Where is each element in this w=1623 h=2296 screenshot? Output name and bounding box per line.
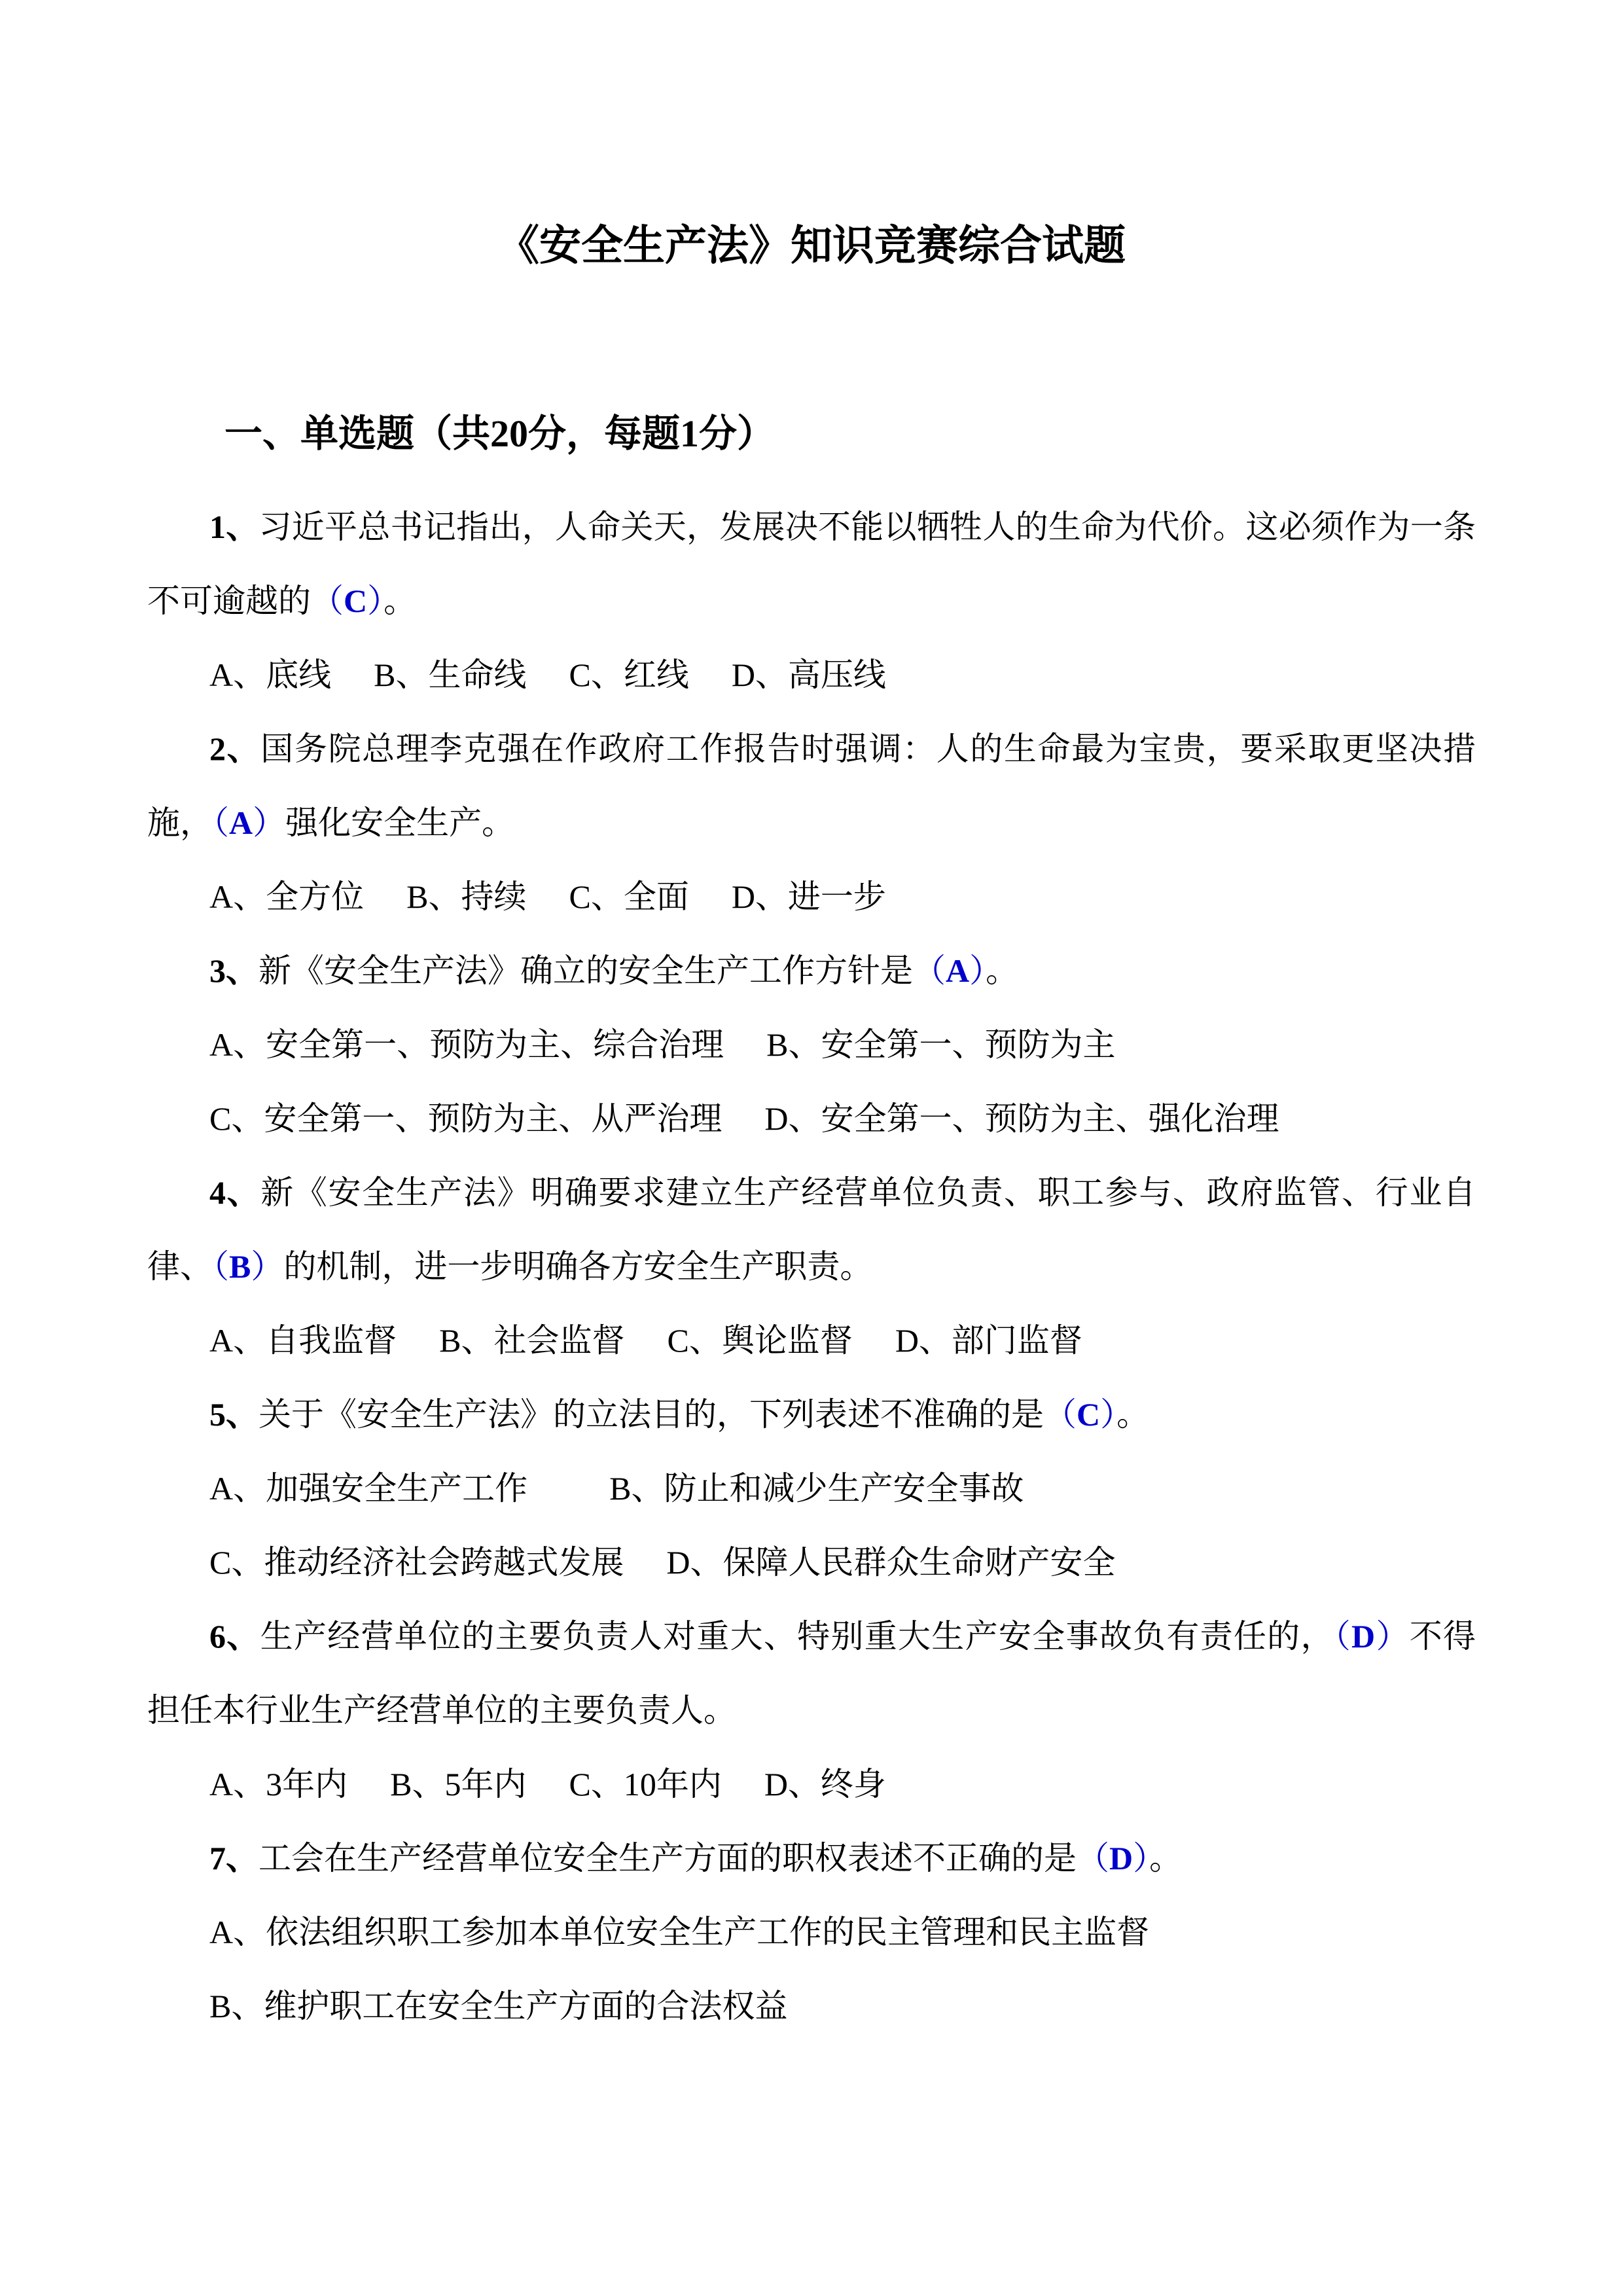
question-1-text: 1、习近平总书记指出，人命关天，发展决不能以牺牲人的生命为代价。这必须作为一条不… (147, 490, 1476, 638)
question-1-post: 。 (383, 583, 416, 619)
option-item: C、10年内 (569, 1766, 721, 1803)
option-item: B、安全第一、预防为主 (766, 1026, 1115, 1063)
option-item: D、终身 (764, 1766, 886, 1803)
answer-letter-5: C (1077, 1396, 1100, 1433)
question-2-number: 2、 (209, 730, 260, 767)
answer-blank-3: （A） (913, 952, 986, 989)
question-5-options-line-1: A、加强安全生产工作B、防止和减少生产安全事故 (147, 1452, 1476, 1526)
question-7-pre: 工会在生产经营单位安全生产方面的职权表述不正确的是 (259, 1840, 1077, 1876)
option-item: A、加强安全生产工作 (209, 1470, 527, 1507)
option-item: A、依法组织职工参加本单位安全生产工作的民主管理和民主监督 (209, 1914, 1149, 1950)
option-item: A、自我监督 (209, 1322, 397, 1359)
paren-open: （ (213, 804, 229, 841)
option-item: B、生命线 (374, 656, 526, 693)
option-item: D、部门监督 (895, 1322, 1082, 1359)
option-item: A、底线 (209, 656, 331, 693)
answer-letter-2: A (229, 804, 253, 841)
question-5-number: 5、 (209, 1396, 259, 1433)
question-2-options: A、全方位B、持续C、全面D、进一步 (147, 860, 1476, 934)
option-item: C、舆论监督 (667, 1322, 852, 1359)
question-7-options-line-1: A、依法组织职工参加本单位安全生产工作的民主管理和民主监督 (147, 1895, 1476, 1969)
paren-close: ） (1133, 1840, 1149, 1876)
answer-blank-6: （D） (1334, 1618, 1410, 1655)
option-item: B、持续 (406, 878, 526, 915)
question-3-post: 。 (986, 952, 1018, 989)
question-4-options: A、自我监督B、社会监督C、舆论监督D、部门监督 (147, 1304, 1476, 1378)
option-item: B、5年内 (390, 1766, 526, 1803)
answer-blank-4: （B） (213, 1248, 283, 1285)
question-5-post: 。 (1116, 1396, 1149, 1433)
question-1-number: 1、 (209, 509, 259, 545)
option-item: D、安全第一、预防为主、强化治理 (764, 1100, 1279, 1137)
question-7-text: 7、工会在生产经营单位安全生产方面的职权表述不正确的是（D）。 (147, 1821, 1476, 1895)
question-7-number: 7、 (209, 1840, 259, 1876)
option-item: D、进一步 (732, 878, 886, 915)
question-6-options: A、3年内B、5年内C、10年内D、终身 (147, 1748, 1476, 1821)
paren-open: （ (213, 1248, 229, 1285)
question-2-post: 强化安全生产。 (285, 804, 514, 841)
question-5-options-line-2: C、推动经济社会跨越式发展D、保障人民群众生命财产安全 (147, 1526, 1476, 1600)
answer-blank-2: （A） (213, 804, 285, 841)
option-item: C、红线 (569, 656, 688, 693)
question-2-text: 2、国务院总理李克强在作政府工作报告时强调：人的生命最为宝贵，要采取更坚决措施，… (147, 712, 1476, 860)
answer-letter-1: C (344, 583, 367, 619)
option-item: C、全面 (569, 878, 688, 915)
paren-close: ） (969, 952, 986, 989)
option-item: A、全方位 (209, 878, 364, 915)
option-item: A、3年内 (209, 1766, 348, 1803)
answer-letter-7: D (1109, 1840, 1133, 1876)
option-item: B、维护职工在安全生产方面的合法权益 (209, 1988, 787, 2024)
question-5-text: 5、关于《安全生产法》的立法目的，下列表述不准确的是（C）。 (147, 1378, 1476, 1452)
question-6-pre: 生产经营单位的主要负责人对重大、特别重大生产安全事故负有责任的， (260, 1618, 1334, 1655)
paren-open: （ (311, 583, 344, 619)
option-item: D、保障人民群众生命财产安全 (666, 1544, 1115, 1581)
question-4-text: 4、新《安全生产法》明确要求建立生产经营单位负责、职工参与、政府监管、行业自律、… (147, 1156, 1476, 1304)
question-3-options-line-1: A、安全第一、预防为主、综合治理B、安全第一、预防为主 (147, 1008, 1476, 1082)
question-4-post: 的机制，进一步明确各方安全生产职责。 (283, 1248, 872, 1285)
question-3-pre: 新《安全生产法》确立的安全生产工作方针是 (259, 952, 913, 989)
paren-close: ） (1100, 1396, 1116, 1433)
question-3-number: 3、 (209, 952, 259, 989)
option-item: C、推动经济社会跨越式发展 (209, 1544, 624, 1581)
paren-close: ） (253, 804, 285, 841)
question-6-text: 6、生产经营单位的主要负责人对重大、特别重大生产安全事故负有责任的，（D）不得担… (147, 1600, 1476, 1748)
option-item: B、社会监督 (439, 1322, 624, 1359)
answer-letter-3: A (946, 952, 969, 989)
answer-letter-4: B (229, 1248, 251, 1285)
answer-blank-1: （C） (311, 583, 383, 619)
option-item: A、安全第一、预防为主、综合治理 (209, 1026, 724, 1063)
answer-blank-5: （C） (1044, 1396, 1116, 1433)
paren-open: （ (913, 952, 946, 989)
question-3-text: 3、新《安全生产法》确立的安全生产工作方针是（A）。 (147, 934, 1476, 1008)
paren-open: （ (1077, 1840, 1109, 1876)
paren-open: （ (1044, 1396, 1077, 1433)
paren-close: ） (1375, 1618, 1410, 1655)
option-item: C、安全第一、预防为主、从严治理 (209, 1100, 722, 1137)
section-header: 一、单选题（共20分，每题1分） (147, 407, 1476, 461)
option-item: D、高压线 (732, 656, 886, 693)
paren-close: ） (251, 1248, 283, 1285)
document-page: 《安全生产法》知识竞赛综合试题 一、单选题（共20分，每题1分） 1、习近平总书… (0, 0, 1623, 2296)
question-5-pre: 关于《安全生产法》的立法目的，下列表述不准确的是 (259, 1396, 1044, 1433)
paren-close: ） (367, 583, 383, 619)
page-content: 《安全生产法》知识竞赛综合试题 一、单选题（共20分，每题1分） 1、习近平总书… (0, 0, 1623, 2043)
question-4-number: 4、 (209, 1174, 260, 1211)
question-7-post: 。 (1149, 1840, 1182, 1876)
page-title: 《安全生产法》知识竞赛综合试题 (147, 216, 1476, 276)
answer-blank-7: （D） (1077, 1840, 1149, 1876)
paren-open: （ (1334, 1618, 1351, 1655)
option-item: B、防止和减少生产安全事故 (609, 1470, 1024, 1507)
answer-letter-6: D (1351, 1618, 1375, 1655)
question-3-options-line-2: C、安全第一、预防为主、从严治理D、安全第一、预防为主、强化治理 (147, 1082, 1476, 1156)
question-1-options: A、底线B、生命线C、红线D、高压线 (147, 638, 1476, 712)
question-6-number: 6、 (209, 1618, 260, 1655)
question-7-options-line-2: B、维护职工在安全生产方面的合法权益 (147, 1969, 1476, 2043)
